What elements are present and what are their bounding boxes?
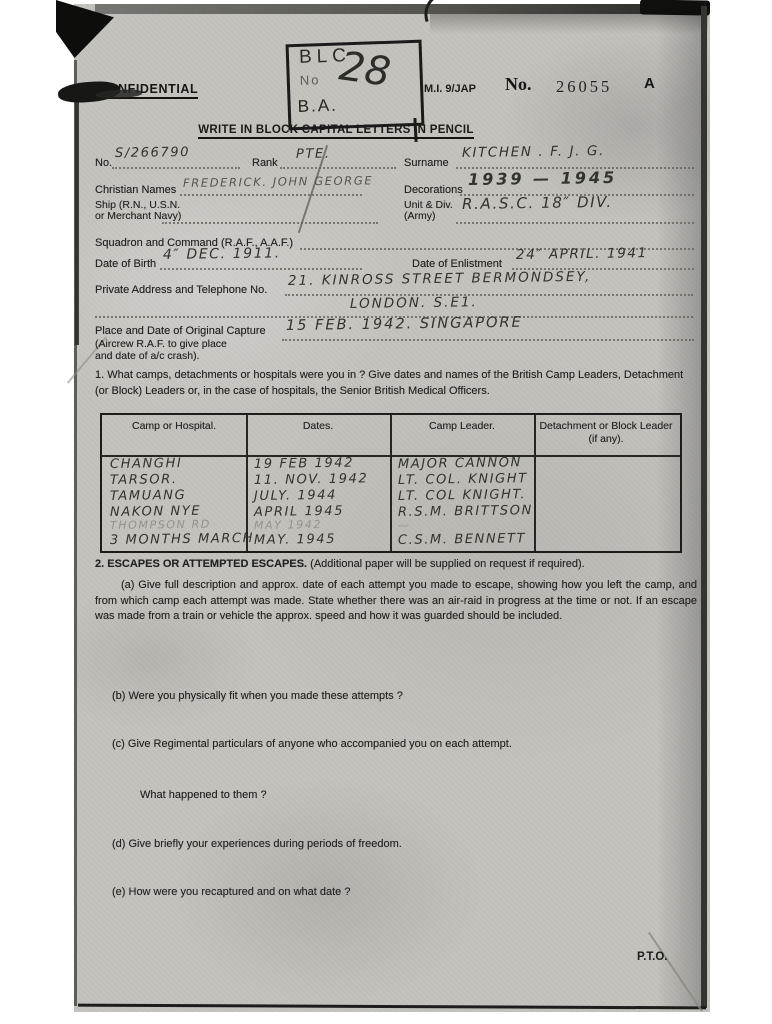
- date-of-birth-label: Date of Birth: [95, 258, 156, 270]
- rank-value: PTE.: [296, 147, 331, 162]
- table-row: TAMUANG JULY. 1944 LT. COL KNIGHT.: [102, 489, 680, 505]
- table-header-camp: Camp or Hospital.: [102, 420, 246, 433]
- q2-heading-rest: (Additional paper will be supplied on re…: [307, 558, 585, 570]
- cell-dates: JULY. 1944: [254, 488, 337, 504]
- cell-dates: 19 FEB 1942: [254, 456, 354, 472]
- field-line: [112, 167, 240, 169]
- cell-camp: TARSOR.: [110, 472, 178, 488]
- unit-value: R.A.S.C. 18″ DIV.: [462, 193, 613, 213]
- capture-value: 15 FEB. 1942. SINGAPORE: [286, 315, 523, 334]
- decorations-label: Decorations: [404, 184, 463, 196]
- service-no-value: S/266790: [115, 145, 190, 161]
- cell-camp: THOMPSON RD: [110, 518, 211, 532]
- date-of-enlistment-value: 24″ APRIL. 1941: [516, 245, 648, 263]
- q2-heading-bold: 2. ESCAPES OR ATTEMPTED ESCAPES.: [95, 558, 307, 570]
- table-row: CHANGHI 19 FEB 1942 MAJOR CANNON: [102, 457, 680, 473]
- scanned-pow-form: CONFIDENTIAL BLC No B.A. 28 M.I. 9/JAP N…: [0, 0, 772, 1024]
- cell-leader: C.S.M. BENNETT: [398, 531, 526, 548]
- date-of-birth-value: 4″ DEC. 1911.: [163, 245, 281, 263]
- table-header-leader: Camp Leader.: [390, 420, 534, 433]
- field-line: [162, 222, 378, 224]
- question-2d-text: (d) Give briefly your experiences during…: [112, 837, 672, 853]
- field-line: [180, 194, 362, 196]
- pto-label: P.T.O.: [637, 951, 667, 963]
- unit-label-line2: (Army): [404, 210, 436, 222]
- cell-dates: MAY 1942: [254, 518, 322, 532]
- serial-no-label: No.: [505, 74, 532, 95]
- date-of-enlistment-label: Date of Enlistment: [412, 258, 502, 270]
- capture-label-line2: (Aircrew R.A.F. to give place: [95, 338, 227, 350]
- camps-table: Camp or Hospital. Dates. Camp Leader. De…: [100, 413, 682, 553]
- service-no-label: No.: [95, 157, 112, 169]
- serial-number: 26055: [556, 77, 612, 97]
- cell-leader: R.S.M. BRITTSON: [398, 503, 533, 520]
- question-2a-text: (a) Give full description and approx. da…: [95, 578, 697, 625]
- rank-label: Rank: [252, 157, 278, 169]
- address-value-line1: 21. KINROSS STREET BERMONDSEY,: [288, 269, 591, 289]
- question-2c-text: (c) Give Regimental particulars of anyon…: [112, 737, 672, 753]
- cell-camp: 3 MONTHS MARCH: [110, 531, 254, 548]
- block-capitals-instruction: WRITE IN BLOCK CAPITAL LETTERS IN PENCIL: [168, 124, 504, 136]
- field-line: [456, 222, 694, 224]
- surname-label: Surname: [404, 157, 449, 169]
- christian-names-label: Christian Names: [95, 184, 176, 196]
- cell-leader: LT. COL KNIGHT.: [398, 487, 526, 504]
- classification-label: CONFIDENTIAL: [98, 82, 198, 99]
- mi9-jap-label: M.I. 9/JAP: [424, 83, 476, 95]
- question-1-text: 1. What camps, detachments or hospitals …: [95, 368, 695, 399]
- cell-camp: TAMUANG: [110, 488, 186, 504]
- table-header-block-leader: Detachment or Block Leader (if any).: [536, 420, 676, 446]
- field-line: [282, 339, 694, 341]
- table-row: 3 MONTHS MARCH MAY. 1945 C.S.M. BENNETT: [102, 533, 680, 549]
- field-line: [285, 294, 693, 296]
- capture-label-line3: and date of a/c crash).: [95, 350, 199, 362]
- stamp-line3: B.A.: [297, 96, 338, 117]
- question-2b-text: (b) Were you physically fit when you mad…: [112, 689, 672, 705]
- block-number-stamp: BLC No B.A. 28: [286, 40, 425, 131]
- series-letter: A: [644, 75, 655, 92]
- cell-dates: 11. NOV. 1942: [254, 471, 369, 488]
- christian-names-value: FREDERICK. JOHN GEORGE: [183, 173, 373, 190]
- address-label: Private Address and Telephone No.: [95, 284, 267, 296]
- cell-leader: LT. COL. KNIGHT: [398, 471, 528, 488]
- table-row: TARSOR. 11. NOV. 1942 LT. COL. KNIGHT: [102, 473, 680, 489]
- question-2c-followup-text: What happened to them ?: [140, 788, 540, 804]
- decorations-value: 1939 — 1945: [468, 168, 617, 189]
- cell-leader: MAJOR CANNON: [398, 455, 522, 472]
- field-line: [280, 167, 396, 169]
- stamp-line2: No: [300, 72, 321, 88]
- surname-value: KITCHEN . F. J. G.: [462, 143, 605, 161]
- ship-label-line2: or Merchant Navy): [95, 210, 181, 222]
- cell-camp: CHANGHI: [110, 456, 183, 472]
- cell-leader: —: [398, 519, 411, 532]
- stamp-handwritten-number: 28: [337, 43, 394, 96]
- question-2e-text: (e) How were you recaptured and on what …: [112, 885, 672, 901]
- question-2-heading: 2. ESCAPES OR ATTEMPTED ESCAPES. (Additi…: [95, 557, 697, 573]
- cell-dates: MAY. 1945: [254, 532, 336, 548]
- capture-label-line1: Place and Date of Original Capture: [95, 325, 266, 337]
- table-header-dates: Dates.: [246, 420, 390, 433]
- field-line: [160, 268, 362, 270]
- address-value-line2: LONDON. S.E1.: [350, 294, 478, 312]
